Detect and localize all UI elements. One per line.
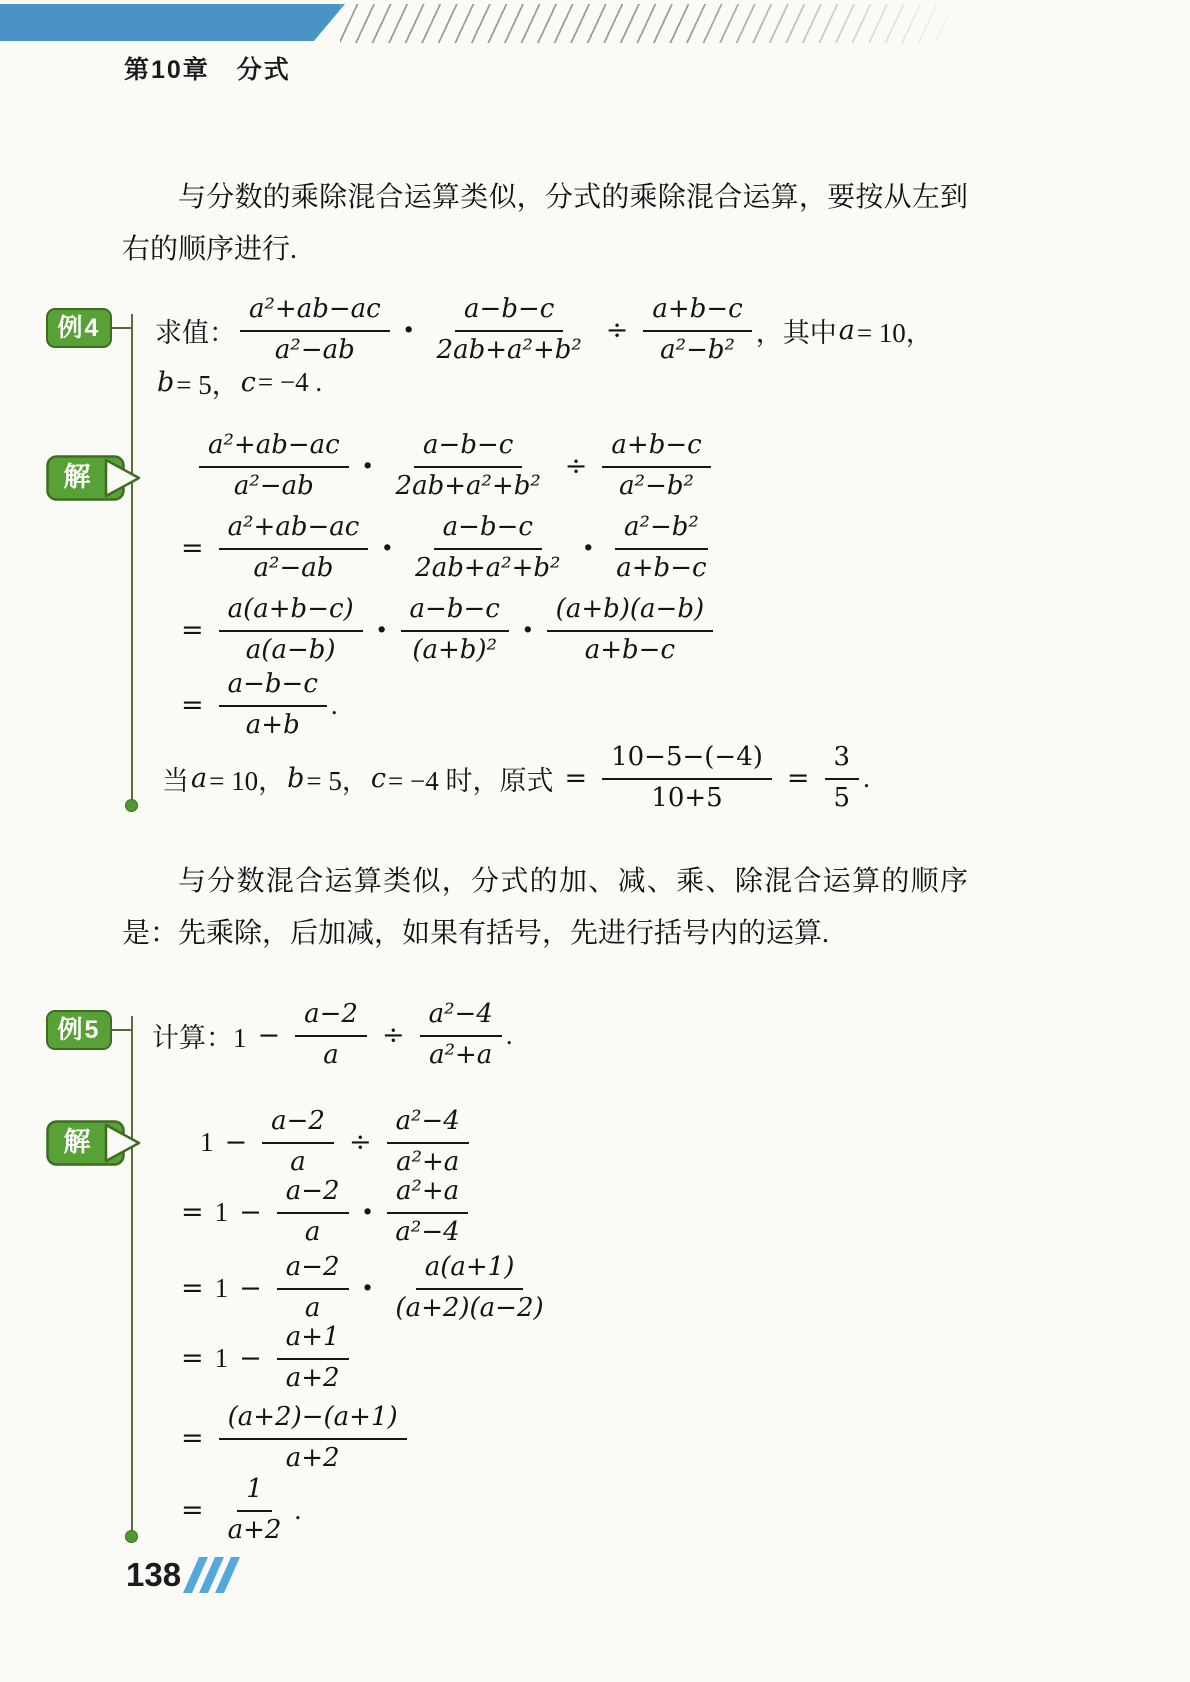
- fraction-numerator: a²+a: [387, 1177, 468, 1213]
- math-text: = 10，: [857, 311, 933, 350]
- chapter-header: 第10章 分式: [124, 50, 291, 86]
- math-operator: =: [564, 763, 587, 794]
- math-text: 1: [215, 1197, 229, 1228]
- fraction-numerator: a²+ab−ac: [219, 513, 369, 549]
- math-variable: a: [191, 763, 207, 794]
- fraction-numerator: a−2: [295, 1000, 367, 1036]
- fraction-numerator: a+b−c: [643, 295, 751, 331]
- math-fraction: a²+aa²−4: [386, 1177, 468, 1246]
- fraction-numerator: a−2: [277, 1253, 349, 1289]
- fraction-numerator: a²+ab−ac: [240, 295, 390, 331]
- example4-problem-line-2: b = 5，c = −4 .: [155, 344, 322, 420]
- math-text: 1: [215, 1343, 229, 1374]
- math-operator: =: [181, 615, 204, 646]
- math-text: .: [294, 1495, 301, 1526]
- badge-connector-line: [110, 1029, 132, 1031]
- math-fraction: a−b−c2ab+a²+b²: [428, 295, 591, 364]
- fraction-denominator: 5: [825, 780, 860, 813]
- math-fraction: a+b−ca²−b²: [602, 431, 710, 500]
- fraction-denominator: (a+2)(a−2): [386, 1290, 552, 1323]
- fraction-numerator: (a+2)−(a+1): [219, 1403, 407, 1439]
- math-variable: b: [287, 763, 304, 794]
- math-fraction: a−2a: [277, 1253, 349, 1322]
- badge-connector-line: [110, 327, 132, 329]
- fraction-numerator: a−2: [277, 1177, 349, 1213]
- footer-slashes-icon: [191, 1557, 239, 1593]
- example4-solution-line-1: a²+ab−aca²−ab·a−b−c2ab+a²+b²÷a+b−ca²−b²: [195, 428, 715, 504]
- fraction-denominator: a(a−b): [237, 632, 345, 665]
- example4-solution-line-5: 当 a = 10，b = 5，c = −4 时，原式=10−5−(−4)10+5…: [162, 740, 870, 816]
- math-fraction: a−2a: [262, 1107, 334, 1176]
- intro-paragraph: 与分数的乘除混合运算类似，分式的乘除混合运算，要按从左到右的顺序进行.: [122, 172, 968, 276]
- fraction-denominator: a+b−c: [576, 632, 684, 665]
- fraction-denominator: a: [281, 1144, 315, 1177]
- fraction-denominator: a: [296, 1290, 330, 1323]
- math-text: 当: [162, 759, 189, 798]
- example5-rail-line: [131, 1016, 133, 1537]
- math-text: = 5，: [176, 363, 238, 402]
- fraction-numerator: a−b−c: [414, 431, 522, 467]
- math-text: = −4 时，原式: [388, 759, 553, 798]
- math-text: ，其中: [756, 311, 837, 350]
- fraction-denominator: 2ab+a²+b²: [387, 468, 550, 501]
- header-blue-bar: [0, 4, 345, 41]
- math-operator: =: [787, 763, 810, 794]
- fraction-numerator: 10−5−(−4): [602, 743, 772, 779]
- math-fraction: a−2a: [295, 1000, 367, 1069]
- math-fraction: a²+ab−aca²−ab: [199, 431, 349, 500]
- math-fraction: a−b−c2ab+a²+b²: [387, 431, 550, 500]
- middle-paragraph: 与分数混合运算类似，分式的加、减、乘、除混合运算的顺序是：先乘除，后加减，如果有…: [122, 856, 968, 960]
- example5-solution-line-5: =(a+2)−(a+1)a+2: [170, 1400, 411, 1476]
- math-operator: =: [181, 1495, 204, 1526]
- fraction-denominator: (a+b)²: [403, 632, 506, 665]
- fraction-denominator: a²+a: [420, 1037, 501, 1070]
- math-variable: c: [371, 763, 386, 794]
- math-operator: =: [181, 690, 204, 721]
- math-operator: =: [181, 1273, 204, 1304]
- math-text: .: [863, 763, 870, 794]
- fraction-denominator: 2ab+a²+b²: [406, 550, 569, 583]
- example5-solution-line-6: =1a+2 .: [170, 1472, 301, 1548]
- example5-end-dot: [125, 1530, 138, 1543]
- fraction-numerator: a²−4: [387, 1107, 469, 1143]
- example4-solution-line-2: =a²+ab−aca²−ab·a−b−c2ab+a²+b²·a²−b²a+b−c: [170, 510, 720, 586]
- math-variable: b: [157, 367, 174, 398]
- fraction-denominator: a+2: [277, 1440, 349, 1473]
- math-operator: −: [225, 1127, 248, 1158]
- math-operator: =: [181, 533, 204, 564]
- math-variable: a: [839, 315, 855, 346]
- fraction-denominator: a²−b²: [651, 332, 744, 365]
- math-operator: ÷: [382, 1020, 405, 1051]
- fraction-numerator: a²+ab−ac: [199, 431, 349, 467]
- math-text: .: [506, 1020, 513, 1051]
- fraction-denominator: 10+5: [642, 780, 731, 813]
- example4-badge: 例4: [46, 308, 112, 348]
- math-fraction: a²+ab−aca²−ab: [219, 513, 369, 582]
- fraction-numerator: a−b−c: [455, 295, 563, 331]
- example5-solve-badge: 解: [46, 1120, 146, 1166]
- math-operator: −: [239, 1273, 262, 1304]
- math-fraction: (a+2)−(a+1)a+2: [219, 1403, 407, 1472]
- example5-solution-line-2: =1−a−2a·a²+aa²−4: [170, 1174, 473, 1250]
- math-fraction: (a+b)(a−b)a+b−c: [547, 595, 713, 664]
- math-fraction: a²−b²a+b−c: [607, 513, 715, 582]
- math-text: = 10，: [209, 759, 285, 798]
- math-fraction: a²−4a²+a: [387, 1107, 469, 1176]
- fraction-numerator: a+b−c: [602, 431, 710, 467]
- example5-badge: 例5: [46, 1010, 112, 1050]
- math-operator: −: [258, 1020, 281, 1051]
- fraction-denominator: a+b−c: [607, 550, 715, 583]
- math-operator: −: [239, 1343, 262, 1374]
- fraction-denominator: a: [314, 1037, 348, 1070]
- header-diagonal-stripes: [340, 4, 965, 43]
- math-text: 计算：1: [152, 1016, 247, 1055]
- example4-solution-line-4: =a−b−ca+b .: [170, 667, 338, 743]
- solve-label: 解: [46, 1120, 108, 1166]
- example4-solution-line-3: =a(a+b−c)a(a−b)·a−b−c(a+b)²·(a+b)(a−b)a+…: [170, 592, 717, 668]
- fraction-numerator: a²−b²: [615, 513, 708, 549]
- fraction-numerator: a²−4: [420, 1000, 502, 1036]
- example5-solution-line-3: =1−a−2a·a(a+1)(a+2)(a−2): [170, 1250, 557, 1326]
- fraction-denominator: a²−b²: [610, 468, 703, 501]
- textbook-page: 第10章 分式 与分数的乘除混合运算类似，分式的乘除混合运算，要按从左到右的顺序…: [0, 0, 1190, 1682]
- page-number: 138: [126, 1556, 181, 1594]
- math-operator: =: [181, 1343, 204, 1374]
- fraction-numerator: a+1: [277, 1323, 349, 1359]
- fraction-denominator: a²−ab: [245, 550, 343, 583]
- math-fraction: 1a+2: [219, 1475, 291, 1544]
- example5-problem-line-1: 计算：1−a−2a÷a²−4a²+a .: [152, 997, 513, 1073]
- math-fraction: a(a+b−c)a(a−b): [219, 595, 363, 664]
- fraction-denominator: a²−ab: [225, 468, 323, 501]
- math-text: 1: [215, 1273, 229, 1304]
- example4-rail-line: [131, 314, 133, 806]
- math-fraction: a−2a: [277, 1177, 349, 1246]
- page-footer: 138: [126, 1556, 239, 1594]
- math-fraction: a²−4a²+a: [420, 1000, 502, 1069]
- math-text: = −4 .: [258, 367, 322, 398]
- math-text: 1: [200, 1127, 214, 1158]
- math-operator: ÷: [606, 315, 629, 346]
- example5-solution-line-4: =1−a+1a+2: [170, 1320, 353, 1396]
- fraction-numerator: a−b−c: [219, 670, 327, 706]
- math-fraction: a(a+1)(a+2)(a−2): [386, 1253, 552, 1322]
- example4-end-dot: [125, 799, 138, 812]
- fraction-numerator: (a+b)(a−b): [547, 595, 713, 631]
- fraction-numerator: a−2: [262, 1107, 334, 1143]
- fraction-denominator: a: [296, 1214, 330, 1247]
- math-operator: =: [181, 1423, 204, 1454]
- math-fraction: a+1a+2: [277, 1323, 349, 1392]
- fraction-denominator: a²+a: [387, 1144, 468, 1177]
- math-fraction: 35: [825, 743, 860, 812]
- fraction-numerator: a(a+1): [416, 1253, 524, 1289]
- math-operator: ÷: [565, 451, 588, 482]
- fraction-numerator: a(a+b−c): [219, 595, 363, 631]
- math-fraction: 10−5−(−4)10+5: [602, 743, 772, 812]
- fraction-numerator: a−b−c: [401, 595, 509, 631]
- math-fraction: a−b−c(a+b)²: [401, 595, 509, 664]
- math-text: = 5，: [306, 759, 368, 798]
- fraction-numerator: a−b−c: [434, 513, 542, 549]
- solve-label: 解: [46, 455, 108, 501]
- math-fraction: a−b−ca+b: [219, 670, 327, 739]
- math-operator: −: [239, 1197, 262, 1228]
- fraction-numerator: 1: [237, 1475, 272, 1511]
- math-variable: c: [241, 367, 256, 398]
- fraction-denominator: a+b: [237, 707, 309, 740]
- fraction-numerator: 3: [825, 743, 860, 779]
- math-operator: ÷: [349, 1127, 372, 1158]
- math-fraction: a−b−c2ab+a²+b²: [406, 513, 569, 582]
- example4-solve-badge: 解: [46, 455, 146, 501]
- math-fraction: a+b−ca²−b²: [643, 295, 751, 364]
- math-text: .: [331, 690, 338, 721]
- fraction-denominator: a+2: [277, 1360, 349, 1393]
- fraction-denominator: a+2: [219, 1512, 291, 1545]
- math-operator: =: [181, 1197, 204, 1228]
- fraction-denominator: 2ab+a²+b²: [428, 332, 591, 365]
- fraction-denominator: a²−4: [386, 1214, 468, 1247]
- example5-solution-line-1: 1−a−2a÷a²−4a²+a: [200, 1104, 473, 1180]
